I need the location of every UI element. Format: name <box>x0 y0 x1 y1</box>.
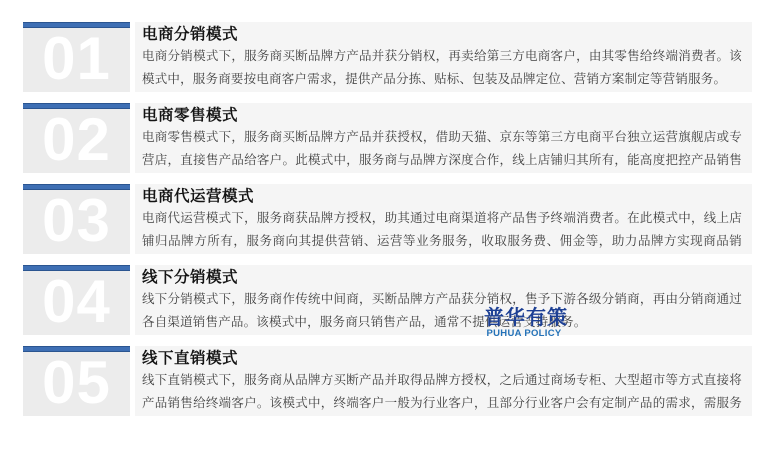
section-2-title: 电商零售模式 <box>142 106 742 126</box>
section-4-content: 线下分销模式 线下分销模式下，服务商作传统中间商，买断品牌方产品获分销权，售予下… <box>135 265 752 335</box>
section-4-number: 04 <box>23 271 130 335</box>
section-4-body: 线下分销模式下，服务商作传统中间商，买断品牌方产品获分销权，售予下游各级分销商，… <box>142 288 742 334</box>
section-3-number: 03 <box>23 190 130 254</box>
section-4-title: 线下分销模式 <box>142 268 742 288</box>
section-5-body: 线下直销模式下，服务商从品牌方买断产品并取得品牌方授权，之后通过商场专柜、大型超… <box>142 369 742 416</box>
section-1-title: 电商分销模式 <box>142 25 742 45</box>
section-2-body: 电商零售模式下，服务商买断品牌方产品并获授权，借助天猫、京东等第三方电商平台独立… <box>142 126 742 173</box>
section-5-title: 线下直销模式 <box>142 349 742 369</box>
section-3-body: 电商代运营模式下，服务商获品牌方授权，助其通过电商渠道将产品售予终端消费者。在此… <box>142 207 742 254</box>
section-1-number: 01 <box>23 28 130 92</box>
section-1-number-column: 01 <box>23 22 130 92</box>
section-3-number-column: 03 <box>23 184 130 254</box>
section-5-number-column: 05 <box>23 346 130 416</box>
mode-section-2: 02 电商零售模式 电商零售模式下，服务商买断品牌方产品并获授权，借助天猫、京东… <box>23 103 752 173</box>
section-5-number: 05 <box>23 352 130 416</box>
mode-section-4: 04 线下分销模式 线下分销模式下，服务商作传统中间商，买断品牌方产品获分销权，… <box>23 265 752 335</box>
section-1-body: 电商分销模式下，服务商买断品牌方产品并获分销权，再卖给第三方电商客户，由其零售给… <box>142 45 742 91</box>
section-4-number-column: 04 <box>23 265 130 335</box>
section-3-content: 电商代运营模式 电商代运营模式下，服务商获品牌方授权，助其通过电商渠道将产品售予… <box>135 184 752 254</box>
distribution-modes-slide: 01 电商分销模式 电商分销模式下，服务商买断品牌方产品并获分销权，再卖给第三方… <box>0 0 765 463</box>
section-2-content: 电商零售模式 电商零售模式下，服务商买断品牌方产品并获授权，借助天猫、京东等第三… <box>135 103 752 173</box>
section-3-title: 电商代运营模式 <box>142 187 742 207</box>
section-2-number: 02 <box>23 109 130 173</box>
section-1-content: 电商分销模式 电商分销模式下，服务商买断品牌方产品并获分销权，再卖给第三方电商客… <box>135 22 752 92</box>
section-2-number-column: 02 <box>23 103 130 173</box>
mode-section-1: 01 电商分销模式 电商分销模式下，服务商买断品牌方产品并获分销权，再卖给第三方… <box>23 22 752 92</box>
mode-section-5: 05 线下直销模式 线下直销模式下，服务商从品牌方买断产品并取得品牌方授权，之后… <box>23 346 752 416</box>
mode-section-3: 03 电商代运营模式 电商代运营模式下，服务商获品牌方授权，助其通过电商渠道将产… <box>23 184 752 254</box>
section-5-content: 线下直销模式 线下直销模式下，服务商从品牌方买断产品并取得品牌方授权，之后通过商… <box>135 346 752 416</box>
